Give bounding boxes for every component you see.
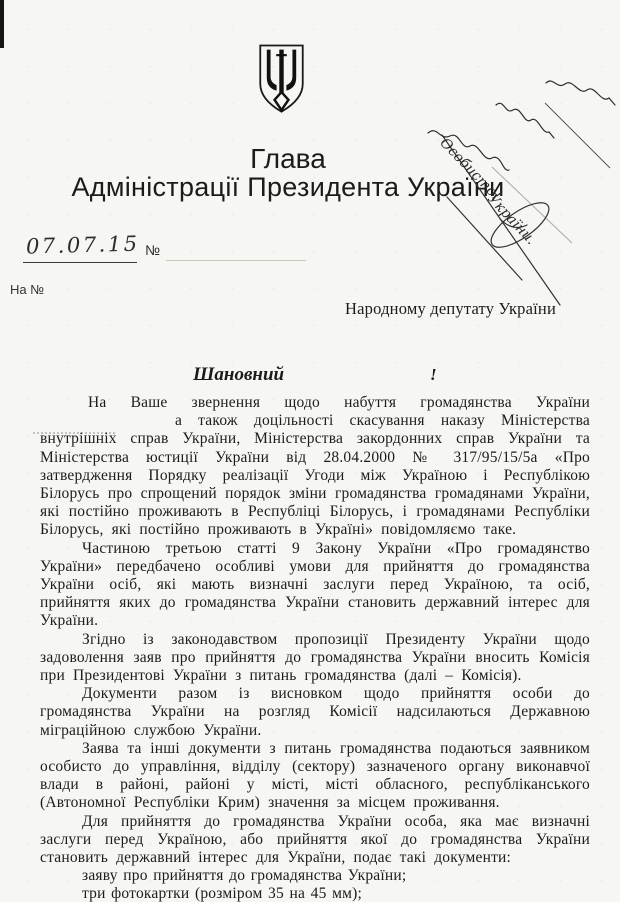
- scan-edge-artifact: [0, 0, 4, 48]
- salutation-exclamation: !: [430, 365, 437, 385]
- body-paragraph2: Частиною третьою статті 9 Закону України…: [40, 540, 590, 631]
- body-paragraph4: Документи разом із висновком щодо прийня…: [40, 685, 590, 740]
- document-list-item2: три фотокартки (розміром 35 на 45 мм);: [40, 885, 590, 902]
- reply-number-label: На №: [10, 282, 44, 297]
- handwritten-date: 07.07.15: [26, 231, 147, 258]
- body-paragraph3: Згідно із законодавством пропозиції През…: [40, 631, 590, 686]
- body-paragraph1-line2: а також доцільності скасування наказу Мі…: [175, 412, 590, 430]
- body-paragraph1-rest: внутрішніх справ України, Міністерства з…: [40, 430, 590, 539]
- signature-loop: [485, 195, 556, 255]
- date-underline: [23, 262, 137, 263]
- letterhead: Глава Адміністрації Президента України: [0, 144, 576, 202]
- scribble-corner: [546, 81, 615, 105]
- addressee-line: Народному депутату України: [345, 299, 556, 319]
- body-paragraph6: Для прийняття до громадянства України ос…: [40, 813, 590, 868]
- letterhead-title-line2: Адміністрації Президента України: [0, 173, 576, 202]
- salutation-line: Шановний !: [193, 364, 533, 386]
- number-blank-line: [166, 260, 306, 261]
- letterhead-title-line1: Глава: [0, 144, 576, 173]
- salutation-greeting: Шановний: [193, 364, 284, 385]
- scanned-letter-page: Глава Адміністрації Президента України 0…: [0, 0, 620, 902]
- body-paragraph5: Заява та інші документи з питань громадя…: [40, 740, 590, 813]
- number-label: №: [145, 242, 160, 258]
- document-list-item1: заяву про прийняття до громадянства Укра…: [40, 867, 590, 885]
- ukraine-trident-emblem-icon: [257, 43, 306, 115]
- letter-body: На Ваше звернення щодо набуття громадянс…: [40, 394, 590, 902]
- body-paragraph1-line1: На Ваше звернення щодо набуття громадянс…: [88, 394, 590, 412]
